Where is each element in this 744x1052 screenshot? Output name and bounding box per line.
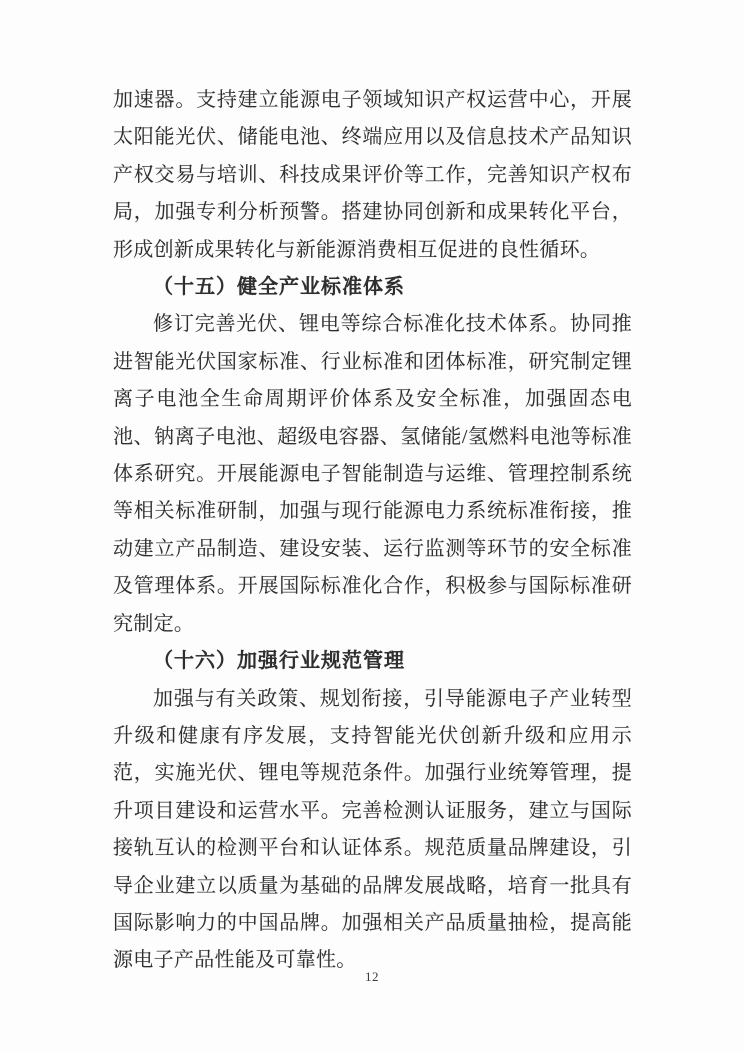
section-16-paragraph: 加强与有关政策、规划衔接，引导能源电子产业转型升级和健康有序发展，支持智能光伏创… bbox=[113, 681, 632, 980]
document-content: 加速器。支持建立能源电子领域知识产权运营中心，开展太阳能光伏、储能电池、终端应用… bbox=[113, 82, 632, 980]
paragraph-continuation: 加速器。支持建立能源电子领域知识产权运营中心，开展太阳能光伏、储能电池、终端应用… bbox=[113, 82, 632, 269]
page-number: 12 bbox=[0, 968, 744, 986]
document-page: 加速器。支持建立能源电子领域知识产权运营中心，开展太阳能光伏、储能电池、终端应用… bbox=[0, 0, 744, 1052]
section-heading-15: （十五）健全产业标准体系 bbox=[113, 269, 632, 306]
section-15-paragraph: 修订完善光伏、锂电等综合标准化技术体系。协同推进智能光伏国家标准、行业标准和团体… bbox=[113, 306, 632, 643]
section-heading-16: （十六）加强行业规范管理 bbox=[113, 643, 632, 680]
